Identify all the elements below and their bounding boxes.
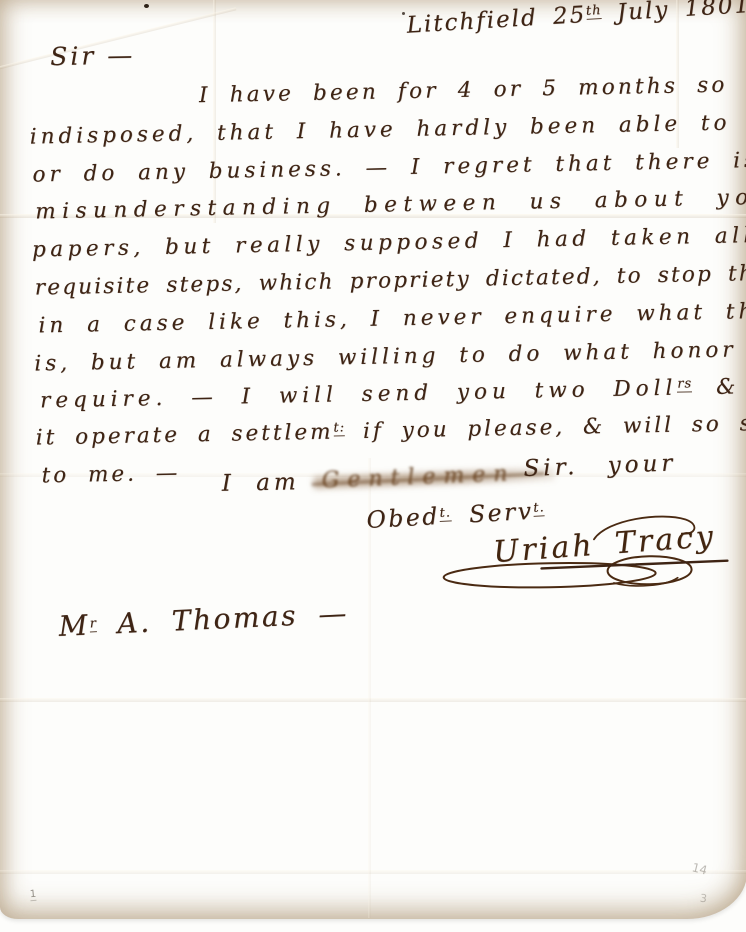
letter-line: indisposed, that I have hardly been able…: [30, 109, 746, 150]
superscript: t.: [439, 505, 451, 522]
letter-line: require. — I will send you two Dollrs & …: [40, 373, 746, 413]
addressee: Mr A. Thomas —: [58, 596, 350, 642]
valediction-text: Obed: [366, 502, 441, 534]
superscript: rs: [677, 376, 692, 392]
letter-text-block: Litchfield 25th July 1801 — Sir — I have…: [0, 0, 746, 920]
signature-flourish: [437, 551, 730, 597]
struck-out-word: Gentlemen: [321, 461, 527, 494]
superscript: th: [585, 3, 602, 20]
scanned-letter: Litchfield 25th July 1801 — Sir — I have…: [0, 0, 746, 932]
superscript: t:: [333, 420, 345, 436]
addressee-text: M: [58, 608, 91, 642]
line-text: if you please, & will so signify: [345, 410, 746, 445]
valediction: Obedt. Servt.: [366, 496, 546, 534]
dateline-text: July 1801 —: [601, 0, 746, 27]
salutation: Sir —: [50, 40, 136, 71]
letter-line: in a case like this, I never enquire wha…: [38, 297, 746, 338]
dateline: Litchfield 25th July 1801 —: [406, 0, 746, 39]
addressee-text: A. Thomas —: [96, 596, 349, 641]
letter-line: misunderstanding between us about your: [35, 184, 746, 224]
line-text: it operate a settlem: [36, 420, 334, 451]
dateline-text: Litchfield 25: [406, 2, 587, 39]
letter-line: it operate a settlemt: if you please, & …: [36, 410, 746, 451]
letter-line: or do any business. — I regret that ther…: [32, 147, 746, 188]
pencil-page-number: 1: [29, 889, 36, 902]
superscript: t.: [533, 500, 545, 517]
letter-line: I have been for 4 or 5 months so much: [199, 71, 746, 108]
closing-prefix: I am: [222, 469, 300, 497]
valediction-text: Serv: [450, 497, 534, 529]
letter-paper: Litchfield 25th July 1801 — Sir — I have…: [0, 0, 746, 919]
closing-suffix: Sir. your: [523, 450, 677, 482]
letter-line: to me. —: [41, 461, 180, 489]
line-text: require. — I will send you two Doll: [40, 376, 678, 414]
letter-line: requisite steps, which propriety dictate…: [35, 260, 746, 300]
letter-line: is, but am always willing to do what hon…: [34, 336, 746, 377]
line-text: & let: [692, 373, 746, 400]
letter-line: papers, but really supposed I had taken …: [32, 222, 746, 263]
